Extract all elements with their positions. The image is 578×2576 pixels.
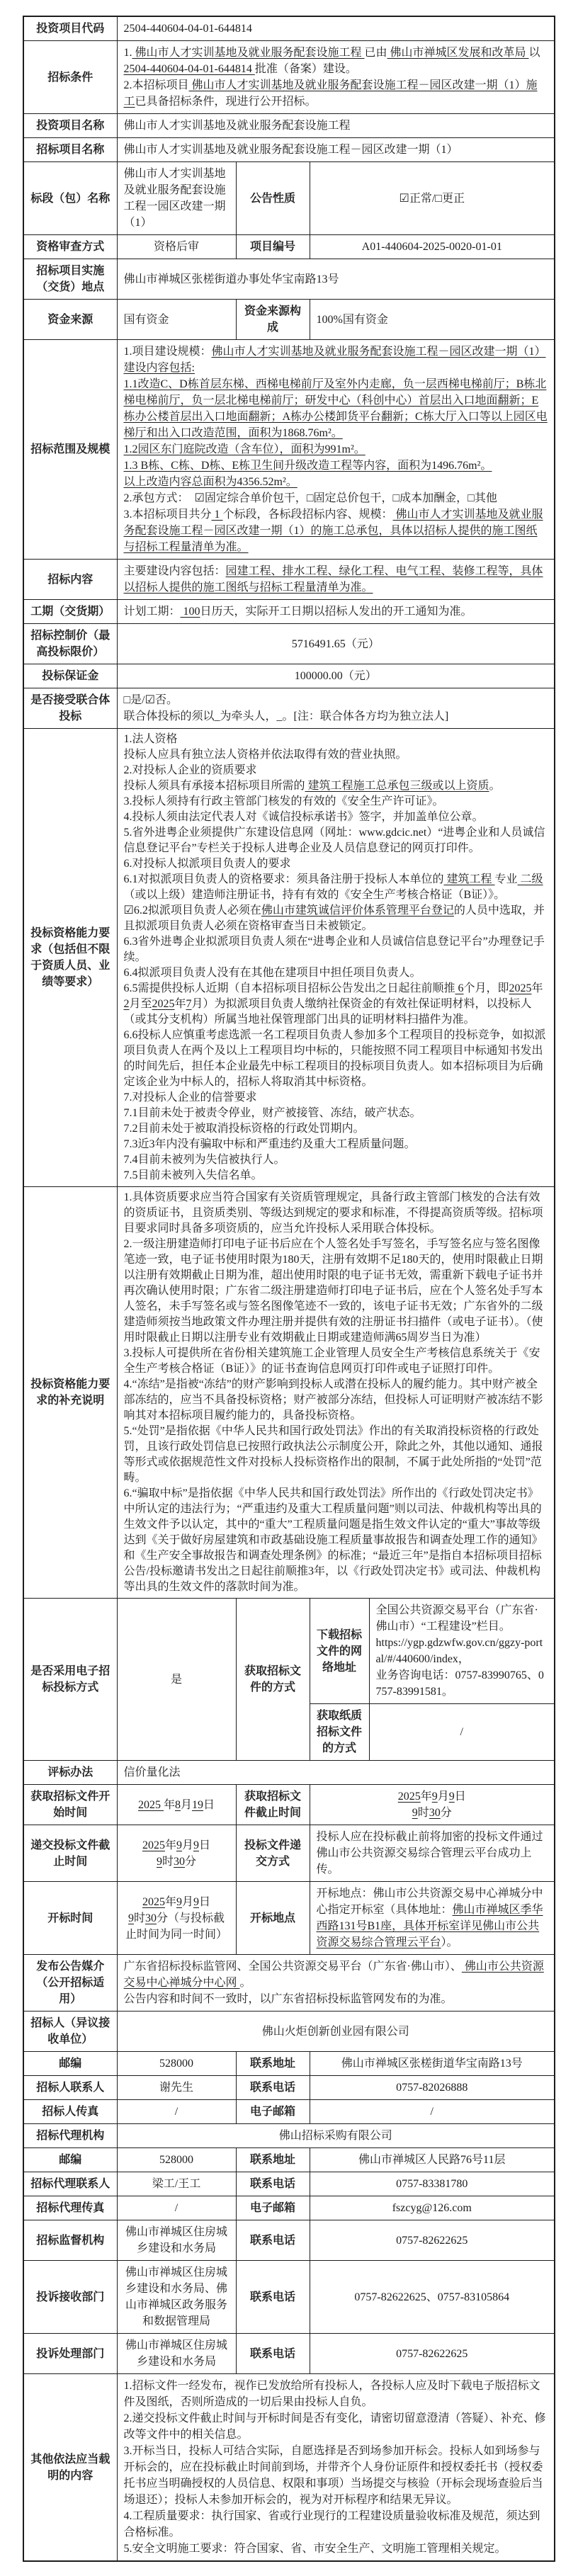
sub-value-cell: / — [369, 1704, 555, 1761]
value-cell: / — [117, 2196, 236, 2220]
row-label: 招标条件 — [23, 41, 117, 114]
filled-blank-text: 6 — [455, 982, 464, 994]
cell-text: 年 — [165, 1839, 176, 1851]
row-label: 公告性质 — [236, 162, 310, 235]
filled-blank-text: 9 — [412, 1807, 418, 1819]
filled-blank-text: 2 — [124, 998, 130, 1010]
row-label: 招标项目实施（交货）地点 — [23, 259, 117, 300]
value-cell-line: 7.4目前未被列为失信被执行人。 — [124, 1152, 548, 1168]
filled-blank-text: 佛山市禅城区发展和改革局 — [387, 47, 529, 59]
row-label: 评标办法 — [23, 1761, 117, 1785]
cell-text: 6.对投标人拟派项目负责人的要求 — [124, 858, 291, 870]
row-label: 招标内容 — [23, 560, 117, 600]
value-cell-line: 投标人应在投标截止前将加密的投标文件通过佛山市公共资源交易综合管理云平台成功上传… — [317, 1829, 548, 1878]
value-cell: 开标地点：佛山市公共资源交易中心禅城分中心指定开标室（具体地址：佛山市禅城区季华… — [310, 1882, 555, 1955]
value-cell-line: 广东省招标投标监管网、全国公共资源交易平台（广东省·佛山市）、 佛山市公共资源交… — [124, 1958, 548, 1991]
row-label: 投标资格能力要求（包括但不限于资质人员、业绩等要求） — [23, 729, 117, 1187]
cell-text: 6.4拟派项目负责人没有在其他在建项目中担任项目负责人。 — [124, 967, 421, 979]
table-row: 投诉接收部门佛山市禅城区住房城乡建设和水务局、佛山市禅城区政务服务和数据管理局联… — [23, 2261, 555, 2334]
value-cell: 计划工期： 100日历天，实际开工日期以招标人发出的开工通知为准。 — [117, 600, 555, 624]
table-row: 是否接受联合体投标□是/☑否。联合体投标的须以_为牵头人，_。[注：联合体各方均… — [23, 688, 555, 729]
cell-text: https://ygp.gdzwfw.gov.cn/ggzy-portal/#/… — [376, 1637, 543, 1665]
sub-value-cell-line: / — [376, 1724, 548, 1740]
table-row: 投资项目名称佛山市人才实训基地及就业服务配套设施工程 — [23, 114, 555, 138]
value-cell: 主要建设内容包括：园建工程、排水工程、绿化工程、电气工程、装修工程等，具体以招标… — [117, 560, 555, 600]
value-cell-line: 5.省外进粤企业须提供广东建设信息网（网址：www.gdcic.net）“进粤企… — [124, 825, 548, 856]
value-cell: □是/☑否。联合体投标的须以_为牵头人，_。[注：联合体各方均为独立法人] — [117, 688, 555, 729]
table-row: 资格审查方式资格后审项目编号A01-440604-2025-0020-01-01 — [23, 235, 555, 259]
value-cell: 是 — [117, 1599, 236, 1761]
table-row: 招标条件1. 佛山市人才实训基地及就业服务配套设施工程 已由 佛山市禅城区发展和… — [23, 41, 555, 114]
cell-text: / — [175, 2106, 178, 2118]
filled-blank-text: 9 — [193, 1839, 199, 1851]
cell-text: 谢先生 — [159, 2082, 193, 2094]
row-label: 招标范围及规模 — [23, 340, 117, 560]
row-label: 投资项目代码 — [23, 16, 117, 41]
value-cell-line: 谢先生 — [124, 2079, 229, 2096]
value-cell-line: 6.6投标人应慎重考虑选派一名工程项目负责人参加多个工程项目的投标竞争，如拟派项… — [124, 1028, 548, 1090]
cell-text: 3.投标人须持有行政主管部门核发的有效的《安全生产许可证》。 — [124, 795, 444, 807]
value-cell-line: / — [124, 2104, 229, 2120]
cell-text: 528000 — [159, 2058, 193, 2070]
row-label: 资格审查方式 — [23, 235, 117, 259]
table-row: 投标资格能力要求（包括但不限于资质人员、业绩等要求）1.法人资格投标人应具有独立… — [23, 729, 555, 1187]
row-label: 联系电话 — [236, 2334, 310, 2374]
value-cell: 佛山火炬创新创业园有限公司 — [117, 2012, 555, 2052]
value-cell: 2025年9月9日9时30分 — [117, 1825, 236, 1882]
value-cell-line: 佛山市禅城区住房城乡建设和水务局、佛山市禅城区政务服务和数据管理局 — [124, 2264, 229, 2330]
table-row: 邮编528000联系地址佛山市禅城区张槎街道华宝南路13号 — [23, 2052, 555, 2076]
table-row: 其他依法应当载明的内容1.招标文件一经发布，视作已发放给所有投标人，各投标人应及… — [23, 2374, 555, 2562]
filled-blank-text: 佛山市建筑诚信评价体系管理平台登记 — [261, 904, 454, 917]
cell-text: 2.承包方式： ☑固定综合单价包干，□固定总价包干，□成本加酬金，□其他 — [124, 492, 497, 504]
value-cell-line: 6.“骗取中标”是指依据《中华人民共和国行政处罚法》所作出的《行政处罚决定书》中… — [124, 1486, 548, 1595]
cell-text: 年 — [175, 998, 186, 1010]
value-cell-line: 7.5目前未被列入失信名单。 — [124, 1168, 548, 1184]
value-cell: 100000.00（元） — [117, 664, 555, 688]
value-cell-line: 9时30分（与投标截止时间为同一时间） — [124, 1910, 229, 1943]
value-cell: 投标人应在投标截止前将加密的投标文件通过佛山市公共资源交易综合管理云平台成功上传… — [310, 1825, 555, 1882]
value-cell: 佛山市禅城区人民路76号11层 — [310, 2148, 555, 2172]
value-cell-line: 1.项目建设规模：佛山市人才实训基地及就业服务配套设施工程－园区改建一期（1）建… — [124, 344, 548, 376]
filled-blank-text: 2025 — [152, 998, 175, 1010]
value-cell-line: 4.“冻结”是指被“冻结”的财产影响到投标人或潜在投标人的履约能力。其中财产被全… — [124, 1377, 548, 1424]
value-cell: 2025年9月9日9时30分 — [310, 1785, 555, 1825]
value-cell: 佛山市人才实训基地及就业服务配套设施工程一园区改建一期（1） — [117, 162, 236, 235]
value-cell-line: 2.本招标项目 佛山市人才实训基地及就业服务配套设施工程－园区改建一期（1）施工… — [124, 77, 548, 110]
row-label: 联系地址 — [236, 2052, 310, 2076]
row-label: 开标时间 — [23, 1882, 117, 1955]
cell-text: 1.具体资质要求应当符合国家有关资质管理规定，具备行政主管部门核发的合法有效的资… — [124, 1191, 543, 1235]
cell-text: 月 — [438, 1791, 449, 1803]
cell-text: 年 — [165, 1896, 176, 1908]
cell-text: 1. — [124, 47, 132, 59]
value-cell-line: 0757-82622625 — [317, 2232, 548, 2249]
value-cell-line: 1.3 B栋、C栋、D栋、E栋卫生间升级改造工程等内容，面积为1496.76m²… — [124, 458, 548, 474]
cell-text: 信价量化法 — [124, 1766, 181, 1778]
value-cell-line: 2025年9月9日 — [124, 1894, 229, 1910]
value-cell-line: 6.对投标人拟派项目负责人的要求 — [124, 856, 548, 872]
value-cell-line: 计划工期： 100日历天，实际开工日期以招标人发出的开工通知为准。 — [124, 603, 548, 620]
cell-text: 0757-83381780 — [396, 2178, 467, 2190]
value-cell-line: 佛山市人才实训基地及就业服务配套设施工程一园区改建一期（1） — [124, 166, 229, 231]
value-cell-line: 是 — [124, 1672, 229, 1688]
value-cell: 0757-82622625、0757-83105864 — [310, 2261, 555, 2334]
cell-text: 时 — [134, 1912, 145, 1924]
cell-text: ☑正常/□更正 — [399, 193, 465, 205]
row-label: 投标保证金 — [23, 664, 117, 688]
cell-text: 佛山市禅城区住房城乡建设和水务局 — [125, 2339, 227, 2368]
value-cell-line: 梁工/王工 — [124, 2176, 229, 2192]
value-cell-line: 0757-82622625 — [317, 2346, 548, 2362]
row-label: 标段（包）名称 — [23, 162, 117, 235]
row-label: 招标代理机构 — [23, 2124, 117, 2148]
value-cell-line: 佛山市禅城区张槎街道华宝南路13号 — [317, 2055, 548, 2072]
value-cell: A01-440604-2025-0020-01-01 — [310, 235, 555, 259]
row-label: 获取招标文件截止时间 — [236, 1785, 310, 1825]
filled-blank-text: 以上改造内容总面积为4356.52m²。 — [124, 476, 297, 488]
cell-text: 主要建设内容包括： — [124, 565, 226, 577]
table-row: 开标时间2025年9月9日9时30分（与投标截止时间为同一时间）开标地点开标地点… — [23, 1882, 555, 1955]
cell-text: 佛山招标采购有限公司 — [279, 2130, 392, 2142]
value-cell-line: 0757-82026888 — [317, 2079, 548, 2096]
table-body: 投资项目代码2504-440604-04-01-644814招标条件1. 佛山市… — [23, 16, 555, 2561]
cell-text: 0757-82622625 — [396, 2235, 467, 2247]
filled-blank-text: 9 — [176, 1896, 182, 1908]
table-row: 招标控制价（最高投标限价）5716491.65（元） — [23, 624, 555, 664]
table-row: 招标人联系人谢先生联系电话0757-82026888 — [23, 2076, 555, 2100]
cell-text: 时 — [418, 1807, 429, 1819]
cell-text: ☑6.2拟派项目负责人必须在 — [124, 904, 261, 917]
cell-text: 年 — [421, 1791, 432, 1803]
cell-text: 6.3省外进粤企业拟派项目负责人须在“进粤企业和人员诚信信息登记平台”办理登记手… — [124, 936, 545, 963]
table-row: 投标保证金100000.00（元） — [23, 664, 555, 688]
cell-text: 5.安全文明施工要求：符合国家、省、市安全生产、文明施工管理相关规定。 — [124, 2543, 506, 2555]
cell-text: 佛山市禅城区住房城乡建设和水务局、佛山市禅城区政务服务和数据管理局 — [125, 2266, 227, 2327]
value-cell-line: 9时30分 — [124, 1854, 229, 1870]
value-cell: 0757-82622625 — [310, 2220, 555, 2261]
value-cell-line: 1.2园区东门庭院改造（含车位），面积为991m²。 — [124, 441, 548, 458]
value-cell-line: 2.承包方式： ☑固定综合单价包干，□固定总价包干，□成本加酬金，□其他 — [124, 490, 548, 506]
value-cell: 国有资金 — [117, 300, 236, 340]
cell-text: 528000 — [159, 2154, 193, 2166]
row-label: 招标监督机构 — [23, 2220, 117, 2261]
cell-text: 佛山市禅城区住房城乡建设和水务局 — [125, 2226, 227, 2254]
value-cell: 1.招标文件一经发布，视作已发放给所有投标人，各投标人应及时下载电子版招标文件及… — [117, 2374, 555, 2562]
value-cell-line: 佛山市人才实训基地及就业服务配套设施工程－园区改建一期（1） — [124, 142, 548, 158]
value-cell-line: 6.4拟派项目负责人没有在其他在建项目中担任项目负责人。 — [124, 965, 548, 981]
cell-text: 佛山市人才实训基地及就业服务配套设施工程－园区改建一期（1） — [124, 144, 458, 156]
value-cell-line: / — [317, 2104, 548, 2120]
filled-blank-text: 建筑工程施工总承包三级或以上资质 — [305, 780, 489, 792]
value-cell-line: 7.对投标人企业的信誉要求 — [124, 1090, 548, 1106]
value-cell-line: □是/☑否。 — [124, 692, 548, 708]
value-cell: 0757-83381780 — [310, 2172, 555, 2196]
cell-text: 资格后审 — [154, 241, 199, 253]
filled-blank-text: 100 — [181, 606, 200, 618]
cell-text: / — [431, 2106, 433, 2118]
value-cell: 佛山市人才实训基地及就业服务配套设施工程 — [117, 114, 555, 138]
cell-text: 业务咨询电话：0757-83990765、0757-83991581。 — [376, 1669, 544, 1698]
cell-text: 日 — [199, 1896, 210, 1908]
value-cell-line: 公告内容和时间不一致时，以广东省招标投标监管网发布的为准。 — [124, 1991, 548, 2007]
value-cell: 528000 — [117, 2148, 236, 2172]
table-row: 评标办法信价量化法 — [23, 1761, 555, 1785]
value-cell-line: 佛山市人才实训基地及就业服务配套设施工程 — [124, 118, 548, 134]
cell-text: 2.本招标项目 — [124, 79, 189, 91]
value-cell-line: 1.具体资质要求应当符合国家有关资质管理规定，具备行政主管部门核发的合法有效的资… — [124, 1190, 548, 1237]
cell-text: 100%国有资金 — [317, 314, 388, 326]
sub-value-cell-line: 全国公共资源交易平台（广东省·佛山市）“工程建设”栏目。 — [376, 1602, 548, 1635]
value-cell-line: 投标人应具有独立法人资格并依法取得有效的营业执照。 — [124, 747, 548, 763]
filled-blank-text: 佛山市人才实训基地及就业服务配套设施工程 — [132, 47, 365, 59]
table-row: 投诉处理部门佛山市禅城区住房城乡建设和水务局联系电话0757-82622625 — [23, 2334, 555, 2374]
value-cell-line: 佛山市禅城区人民路76号11层 — [317, 2152, 548, 2168]
cell-text: 投标人应在投标截止前将加密的投标文件通过佛山市公共资源交易综合管理云平台成功上传… — [317, 1831, 543, 1876]
sub-value-cell-line: 业务咨询电话：0757-83990765、0757-83991581。 — [376, 1667, 548, 1700]
cell-text: 2.递交投标文件截止时间与开标时间是否有变化，请密切留意澄清（答疑）、补充、修改… — [124, 2412, 546, 2441]
cell-text: 2.一级注册建造师打印电子证书后应在个人签名处手写签名，手写签名应与签名图像笔迹… — [124, 1238, 543, 1344]
filled-blank-text: 1.1改造C、D栋首层东梯、西梯电梯前厅及室外内走廊，负一层西梯电梯前厅；B栋北… — [124, 378, 548, 439]
value-cell: 信价量化法 — [117, 1761, 555, 1785]
table-row: 招标代理机构佛山招标采购有限公司 — [23, 2124, 555, 2148]
filled-blank-text: 1 — [212, 509, 223, 521]
value-cell: 1. 佛山市人才实训基地及就业服务配套设施工程 已由 佛山市禅城区发展和改革局 … — [117, 41, 555, 114]
value-cell: 2025年9月9日9时30分（与投标截止时间为同一时间） — [117, 1882, 236, 1955]
table-row: 投标资格能力要求的补充说明1.具体资质要求应当符合国家有关资质管理规定，具备行政… — [23, 1187, 555, 1599]
value-cell-line: 佛山市禅城区住房城乡建设和水务局 — [124, 2224, 229, 2257]
cell-text: 国有资金 — [124, 314, 169, 326]
value-cell-line: 2.一级注册建造师打印电子证书后应在个人签名处手写签名，手写签名应与签名图像笔迹… — [124, 1237, 548, 1346]
value-cell-line: 5.“处罚”是指依据《中华人民共和国行政处罚法》作出的有关取消投标资格的行政处罚… — [124, 1424, 548, 1486]
table-row: 招标监督机构佛山市禅城区住房城乡建设和水务局联系电话0757-82622625 — [23, 2220, 555, 2261]
value-cell-line: 6.1对拟派项目负责人的资格要求：须具备注册于投标人本单位的 建筑工程 专业 二… — [124, 872, 548, 903]
table-row: 递交投标文件截止时间2025年9月9日9时30分投标文件递交方式投标人应在投标截… — [23, 1825, 555, 1882]
cell-text: 4.投标人须由法定代表人对《诚信投标承诺书》签字，并加盖单位公章。 — [124, 811, 484, 823]
row-label: 投标文件递交方式 — [236, 1825, 310, 1882]
table-row: 是否采用电子招标投标方式是获取招标文件的方式下载招标文件的网络地址全国公共资源交… — [23, 1599, 555, 1704]
value-cell: 1.项目建设规模：佛山市人才实训基地及就业服务配套设施工程－园区改建一期（1）建… — [117, 340, 555, 560]
cell-text: 个月，即 — [464, 982, 509, 994]
value-cell-line: / — [124, 2200, 229, 2216]
table-row: 资金来源国有资金资金来源构成100%国有资金 — [23, 300, 555, 340]
filled-blank-text: 2025 — [142, 1839, 165, 1851]
value-cell: 佛山市禅城区住房城乡建设和水务局 — [117, 2334, 236, 2374]
value-cell-line: 佛山市禅城区张槎街道办事处华宝南路13号 — [124, 271, 548, 288]
row-label: 投诉处理部门 — [23, 2334, 117, 2374]
cell-text: 年 — [164, 1799, 175, 1811]
value-cell-line: 2025年9月9日 — [124, 1837, 229, 1854]
table-row: 工期（交货期）计划工期： 100日历天，实际开工日期以招标人发出的开工通知为准。 — [23, 600, 555, 624]
filled-blank-text: 9 — [176, 1839, 182, 1851]
cell-text: 联合体投标的须以_为牵头人，_。[注：联合体各方均为独立法人] — [124, 710, 449, 722]
filled-blank-text: 9 — [193, 1896, 199, 1908]
cell-text: 广东省招标投标监管网、全国公共资源交易平台（广东省·佛山市）、 — [124, 1961, 462, 1973]
value-cell-line: 100000.00（元） — [124, 668, 548, 684]
cell-text: 个标段，各标段招标内容、规模： — [223, 509, 393, 521]
row-label: 联系地址 — [236, 2148, 310, 2172]
cell-text: 梁工/王工 — [152, 2178, 200, 2190]
row-label: 招标代理联系人 — [23, 2172, 117, 2196]
value-cell-line: 联合体投标的须以_为牵头人，_。[注：联合体各方均为独立法人] — [124, 708, 548, 725]
value-cell-line: 5716491.65（元） — [124, 636, 548, 652]
cell-text: 3.开标当日，投标人可结合实际，自愿选择是否到场参加开标会。投标人如到场参与开标… — [124, 2445, 543, 2506]
table-row: 邮编528000联系地址佛山市禅城区人民路76号11层 — [23, 2148, 555, 2172]
row-label: 邮编 — [23, 2052, 117, 2076]
value-cell-line: 0757-82622625、0757-83105864 — [317, 2289, 548, 2305]
row-label: 项目编号 — [236, 235, 310, 259]
value-cell: 1.具体资质要求应当符合国家有关资质管理规定，具备行政主管部门核发的合法有效的资… — [117, 1187, 555, 1599]
row-label: 邮编 — [23, 2148, 117, 2172]
value-cell: 佛山市禅城区张槎街道办事处华宝南路13号 — [117, 259, 555, 300]
value-cell-line: 3.投标人可提供所在省份相关建筑施工企业管理人员安全生产考核信息系统关于《安全生… — [124, 1346, 548, 1377]
filled-blank-text: 2025 — [509, 982, 532, 994]
table-row: 招标人传真/电子邮箱/ — [23, 2100, 555, 2124]
table-row: 招标代理联系人梁工/王工联系电话0757-83381780 — [23, 2172, 555, 2196]
row-label: 工期（交货期） — [23, 600, 117, 624]
value-cell-line: 2.递交投标文件截止时间与开标时间是否有变化，请密切留意澄清（答疑）、补充、修改… — [124, 2410, 548, 2443]
cell-text: 2.对投标人企业的资质要求 — [124, 764, 257, 776]
filled-blank-text: 1.2园区东门庭院改造（含车位），面积为991m²。 — [124, 443, 365, 455]
value-cell: 谢先生 — [117, 2076, 236, 2100]
sub-value-cell: 全国公共资源交易平台（广东省·佛山市）“工程建设”栏目。https://ygp.… — [369, 1599, 555, 1704]
cell-text: 3.投标人可提供所在省份相关建筑施工企业管理人员安全生产考核信息系统关于《安全生… — [124, 1347, 540, 1375]
value-cell-line: 7.2目前未处于被取消投标资格的行政处罚期内。 — [124, 1121, 548, 1137]
value-cell: fszcyg@126.com — [310, 2196, 555, 2220]
value-cell-line: 佛山招标采购有限公司 — [124, 2128, 548, 2144]
cell-text: 0757-82622625、0757-83105864 — [354, 2291, 509, 2303]
cell-text: 0757-82026888 — [396, 2082, 467, 2094]
cell-text: 已由 — [365, 47, 387, 59]
row-label: 是否采用电子招标投标方式 — [23, 1599, 117, 1761]
cell-text: 批准（备案）建设。 — [255, 63, 357, 75]
row-label: 招标项目名称 — [23, 138, 117, 162]
value-cell: 广东省招标投标监管网、全国公共资源交易平台（广东省·佛山市）、 佛山市公共资源交… — [117, 1955, 555, 2012]
value-cell-line: 2025年9月9日 — [317, 1788, 548, 1805]
filled-blank-text: 9 — [449, 1791, 455, 1803]
value-cell: 佛山市禅城区张槎街道华宝南路13号 — [310, 2052, 555, 2076]
cell-text: 佛山火炬创新创业园有限公司 — [262, 2026, 409, 2038]
table-row: 获取招标文件开始时间2025 年8月19日获取招标文件截止时间2025年9月9日… — [23, 1785, 555, 1825]
row-label: 联系电话 — [236, 2076, 310, 2100]
filled-blank-text: 30 — [174, 1856, 185, 1868]
cell-text: 1.招标文件一经发布，视作已发放给所有投标人，各投标人应及时下载电子版招标文件及… — [124, 2380, 540, 2408]
table-row: 招标项目名称佛山市人才实训基地及就业服务配套设施工程－园区改建一期（1） — [23, 138, 555, 162]
row-label: 招标代理传真 — [23, 2196, 117, 2220]
value-cell-line: 2025 年8月19日 — [124, 1797, 229, 1813]
value-cell-line: 以上改造内容总面积为4356.52m²。 — [124, 474, 548, 490]
value-cell-line: 国有资金 — [124, 312, 229, 328]
cell-text: 分 — [441, 1807, 452, 1819]
value-cell-line: 4.投标人须由法定代表人对《诚信投标承诺书》签字，并加盖单位公章。 — [124, 810, 548, 825]
cell-text: 月 — [181, 1799, 192, 1811]
filled-blank-text: 9 — [432, 1791, 438, 1803]
table-row: 标段（包）名称佛山市人才实训基地及就业服务配套设施工程一园区改建一期（1）公告性… — [23, 162, 555, 235]
filled-blank-text: 30 — [429, 1807, 441, 1819]
value-cell-line: 2504-440604-04-01-644814 — [124, 21, 548, 37]
table-row: 招标人（异议接收单位）佛山火炬创新创业园有限公司 — [23, 2012, 555, 2052]
value-cell-line: 9时30分 — [317, 1805, 548, 1821]
value-cell-line: A01-440604-2025-0020-01-01 — [317, 239, 548, 255]
row-label: 获取招标文件的方式 — [236, 1599, 310, 1761]
value-cell-line: ☑6.2拟派项目负责人必须在佛山市建筑诚信评价体系管理平台登记的人员中选取，并且… — [124, 903, 548, 934]
cell-text: 日 — [203, 1799, 215, 1811]
value-cell: 5716491.65（元） — [117, 624, 555, 664]
value-cell-line: 佛山市禅城区住房城乡建设和水务局 — [124, 2337, 229, 2370]
row-label: 招标人联系人 — [23, 2076, 117, 2100]
row-label: 投资项目名称 — [23, 114, 117, 138]
cell-text: 1.法人资格 — [124, 733, 178, 745]
cell-text: 5.省外进粤企业须提供广东建设信息网（网址：www.gdcic.net）“进粤企… — [124, 827, 545, 854]
cell-text: 佛山市人才实训基地及就业服务配套设施工程 — [124, 120, 351, 132]
value-cell: / — [310, 2100, 555, 2124]
cell-text: 7.5目前未被列入失信名单。 — [124, 1169, 263, 1181]
value-cell-line: 3.开标当日，投标人可结合实际，自愿选择是否到场参加开标会。投标人如到场参与开标… — [124, 2443, 548, 2508]
value-cell-line: 3.本招标项目共分 1 个标段，各标段招标内容、规模： 佛山市人才实训基地及就业… — [124, 506, 548, 555]
value-cell: 佛山招标采购有限公司 — [117, 2124, 555, 2148]
cell-text: 6.6投标人应慎重考虑选派一名工程项目负责人参加多个工程项目的投标竞争，如拟派项… — [124, 1029, 546, 1088]
sub-value-cell-line: https://ygp.gdzwfw.gov.cn/ggzy-portal/#/… — [376, 1635, 548, 1667]
value-cell: 528000 — [117, 2052, 236, 2076]
cell-text: 100000.00（元） — [295, 670, 377, 682]
row-label: 其他依法应当载明的内容 — [23, 2374, 117, 2562]
cell-text: 7.2目前未处于被取消投标资格的行政处罚期内。 — [124, 1123, 365, 1135]
row-label: 招标人传真 — [23, 2100, 117, 2124]
row-label: 是否接受联合体投标 — [23, 688, 117, 729]
value-cell-line: 1.1改造C、D栋首层东梯、西梯电梯前厅及室外内走廊，负一层西梯电梯前厅；B栋北… — [124, 376, 548, 441]
filled-blank-text: 2025 — [398, 1791, 421, 1803]
cell-text: 年 — [532, 982, 543, 994]
row-label: 投诉接收部门 — [23, 2261, 117, 2334]
value-cell: 0757-82622625 — [310, 2334, 555, 2374]
cell-text: 是 — [171, 1674, 182, 1686]
row-label: 招标人（异议接收单位） — [23, 2012, 117, 2052]
cell-text: 1.项目建设规模： — [124, 346, 212, 358]
value-cell: 梁工/王工 — [117, 2172, 236, 2196]
value-cell-line: fszcyg@126.com — [317, 2200, 548, 2216]
cell-text: 5716491.65（元） — [292, 638, 380, 650]
cell-text: 佛山市人才实训基地及就业服务配套设施工程一园区改建一期（1） — [124, 168, 226, 229]
cell-text: 日 — [455, 1791, 466, 1803]
filled-blank-text: 7 — [186, 998, 192, 1010]
row-label: 联系电话 — [236, 2172, 310, 2196]
value-cell-line: 开标地点：佛山市公共资源交易中心禅城分中心指定开标室（具体地址：佛山市禅城区季华… — [317, 1885, 548, 1951]
cell-text: 公告内容和时间不一致时，以广东省招标投标监管网发布的为准。 — [124, 1993, 453, 2005]
cell-text: 日 — [199, 1839, 210, 1851]
value-cell-line: 6.5需提供投标人近期（自本招标项目招标公告发出之日起往前顺推 6个月，即202… — [124, 981, 548, 1028]
cell-text: 5.“处罚”是指依据《中华人民共和国行政处罚法》作出的有关取消投标资格的行政处罚… — [124, 1425, 543, 1484]
row-label: 获取招标文件开始时间 — [23, 1785, 117, 1825]
table-row: 招标内容主要建设内容包括：园建工程、排水工程、绿化工程、电气工程、装修工程等，具… — [23, 560, 555, 600]
cell-text: 月 — [182, 1839, 193, 1851]
cell-text: 7.对投标人企业的信誉要求 — [124, 1091, 257, 1103]
cell-text: 6.“骗取中标”是指依据《中华人民共和国行政处罚法》所作出的《行政处罚决定书》中… — [124, 1487, 543, 1593]
value-cell: 100%国有资金 — [310, 300, 555, 340]
row-label: 电子邮箱 — [236, 2100, 310, 2124]
value-cell-line: 528000 — [124, 2055, 229, 2072]
filled-blank-text: 建筑工程 — [444, 873, 495, 885]
sub-row-label: 下载招标文件的网络地址 — [310, 1599, 369, 1704]
cell-text: 7.3近3年内没有骗取中标和严重违约及重大工程质量问题。 — [124, 1138, 416, 1150]
row-label: 电子邮箱 — [236, 2196, 310, 2220]
value-cell-line: 0757-83381780 — [317, 2176, 548, 2192]
row-label: 联系电话 — [236, 2261, 310, 2334]
value-cell-line: 3.投标人须持有行政主管部门核发的有效的《安全生产许可证》。 — [124, 794, 548, 810]
value-cell-line: 1. 佛山市人才实训基地及就业服务配套设施工程 已由 佛山市禅城区发展和改革局 … — [124, 45, 548, 77]
value-cell-line: 2.对投标人企业的资质要求 — [124, 763, 548, 778]
table-row: 招标项目实施（交货）地点佛山市禅城区张槎街道办事处华宝南路13号 — [23, 259, 555, 300]
cell-text: 0757-82622625 — [396, 2348, 467, 2360]
